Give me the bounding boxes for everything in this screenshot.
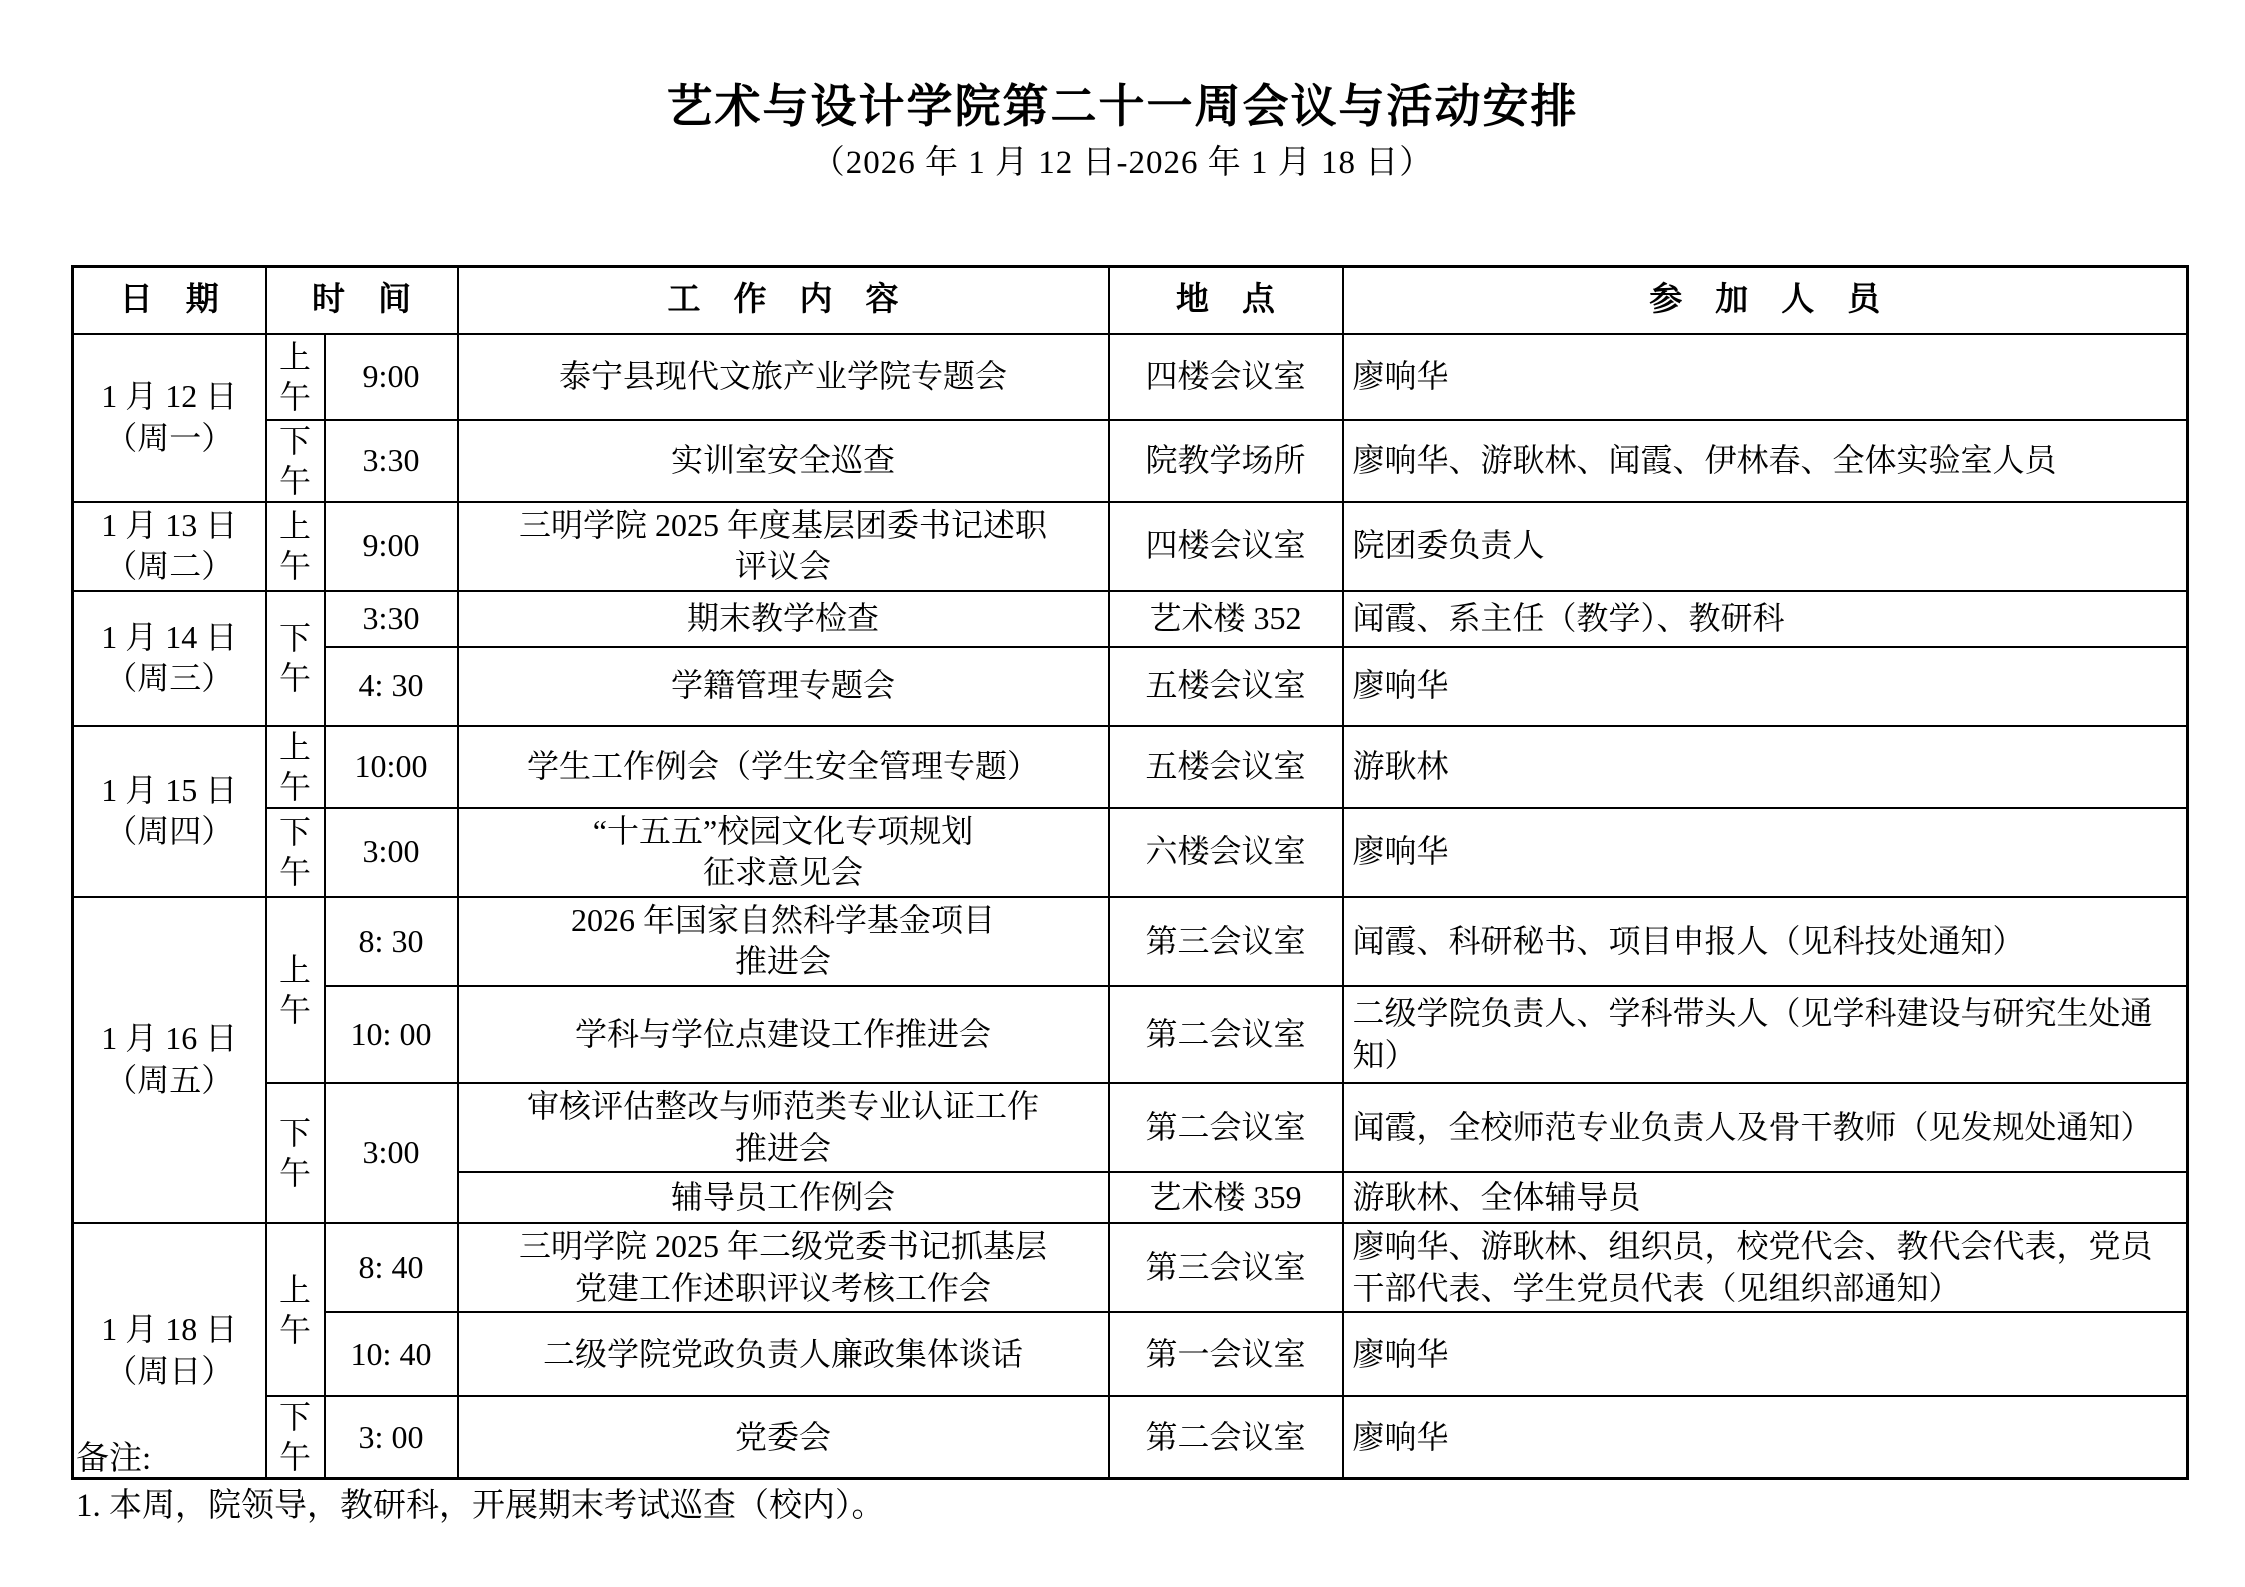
time-cell: 8: 30 — [325, 897, 458, 986]
content-cell: 审核评估整改与师范类专业认证工作 推进会 — [458, 1083, 1109, 1172]
schedule-table: 日 期 时 间 工 作 内 容 地 点 参 加 人 员 1 月 12 日 （周一… — [71, 265, 2189, 1480]
time-cell: 3:00 — [325, 808, 458, 897]
content-cell: 学生工作例会（学生安全管理专题） — [458, 726, 1109, 808]
location-cell: 第三会议室 — [1109, 1223, 1343, 1312]
table-row: 下午 3:00 审核评估整改与师范类专业认证工作 推进会 第二会议室 闻霞，全校… — [73, 1083, 2188, 1172]
content-cell: 三明学院 2025 年二级党委书记抓基层 党建工作述职评议考核工作会 — [458, 1223, 1109, 1312]
time-cell: 10: 00 — [325, 986, 458, 1083]
time-cell: 9:00 — [325, 502, 458, 591]
location-cell: 五楼会议室 — [1109, 647, 1343, 726]
header-location: 地 点 — [1109, 267, 1343, 334]
table-row: 1 月 13 日 （周二） 上午 9:00 三明学院 2025 年度基层团委书记… — [73, 502, 2188, 591]
participants-cell: 闻霞、系主任（教学）、教研科 — [1343, 591, 2188, 647]
participants-cell: 闻霞，全校师范专业负责人及骨干教师（见发规处通知） — [1343, 1083, 2188, 1172]
location-cell: 第二会议室 — [1109, 1396, 1343, 1479]
table-row: 1 月 16 日 （周五） 上午 8: 30 2026 年国家自然科学基金项目 … — [73, 897, 2188, 986]
time-cell: 3:30 — [325, 420, 458, 502]
table-row: 10: 00 学科与学位点建设工作推进会 第二会议室 二级学院负责人、学科带头人… — [73, 986, 2188, 1083]
participants-cell: 廖响华、游耿林、闻霞、伊林春、全体实验室人员 — [1343, 420, 2188, 502]
content-cell: 学籍管理专题会 — [458, 647, 1109, 726]
location-cell: 第二会议室 — [1109, 1083, 1343, 1172]
header-time: 时 间 — [266, 267, 458, 334]
time-cell: 3:00 — [325, 1083, 458, 1223]
time-cell: 3:30 — [325, 591, 458, 647]
time-cell: 10:00 — [325, 726, 458, 808]
time-cell: 9:00 — [325, 334, 458, 420]
content-cell: “十五五”校园文化专项规划 征求意见会 — [458, 808, 1109, 897]
ampm-cell: 上午 — [266, 726, 325, 808]
content-cell: 泰宁县现代文旅产业学院专题会 — [458, 334, 1109, 420]
date-cell: 1 月 12 日 （周一） — [73, 334, 266, 502]
participants-cell: 二级学院负责人、学科带头人（见学科建设与研究生处通知） — [1343, 986, 2188, 1083]
location-cell: 第二会议室 — [1109, 986, 1343, 1083]
date-cell: 1 月 16 日 （周五） — [73, 897, 266, 1223]
location-cell: 四楼会议室 — [1109, 334, 1343, 420]
date-cell: 1 月 15 日 （周四） — [73, 726, 266, 897]
time-cell: 8: 40 — [325, 1223, 458, 1312]
participants-cell: 闻霞、科研秘书、项目申报人（见科技处通知） — [1343, 897, 2188, 986]
location-cell: 院教学场所 — [1109, 420, 1343, 502]
location-cell: 艺术楼 352 — [1109, 591, 1343, 647]
date-cell: 1 月 14 日 （周三） — [73, 591, 266, 726]
header-content: 工 作 内 容 — [458, 267, 1109, 334]
table-row: 10: 40 二级学院党政负责人廉政集体谈话 第一会议室 廖响华 — [73, 1312, 2188, 1396]
ampm-cell: 下午 — [266, 420, 325, 502]
table-row: 4: 30 学籍管理专题会 五楼会议室 廖响华 — [73, 647, 2188, 726]
participants-cell: 廖响华 — [1343, 647, 2188, 726]
participants-cell: 廖响华 — [1343, 1312, 2188, 1396]
content-cell: 学科与学位点建设工作推进会 — [458, 986, 1109, 1083]
location-cell: 艺术楼 359 — [1109, 1172, 1343, 1223]
notes-section: 备注: 1. 本周，院领导，教研科，开展期末考试巡查（校内）。 — [76, 1436, 885, 1530]
ampm-cell: 下午 — [266, 808, 325, 897]
table-row: 下午 3:30 实训室安全巡查 院教学场所 廖响华、游耿林、闻霞、伊林春、全体实… — [73, 420, 2188, 502]
participants-cell: 游耿林 — [1343, 726, 2188, 808]
content-cell: 期末教学检查 — [458, 591, 1109, 647]
ampm-cell: 下午 — [266, 1083, 325, 1223]
location-cell: 四楼会议室 — [1109, 502, 1343, 591]
participants-cell: 廖响华 — [1343, 808, 2188, 897]
time-cell: 10: 40 — [325, 1312, 458, 1396]
location-cell: 六楼会议室 — [1109, 808, 1343, 897]
date-cell: 1 月 13 日 （周二） — [73, 502, 266, 591]
page-title: 艺术与设计学院第二十一周会议与活动安排 — [0, 70, 2245, 136]
location-cell: 五楼会议室 — [1109, 726, 1343, 808]
participants-cell: 廖响华、游耿林、组织员，校党代会、教代会代表，党员干部代表、学生党员代表（见组织… — [1343, 1223, 2188, 1312]
participants-cell: 游耿林、全体辅导员 — [1343, 1172, 2188, 1223]
content-cell: 二级学院党政负责人廉政集体谈话 — [458, 1312, 1109, 1396]
table-row: 下午 3:00 “十五五”校园文化专项规划 征求意见会 六楼会议室 廖响华 — [73, 808, 2188, 897]
content-cell: 2026 年国家自然科学基金项目 推进会 — [458, 897, 1109, 986]
table-row: 1 月 15 日 （周四） 上午 10:00 学生工作例会（学生安全管理专题） … — [73, 726, 2188, 808]
ampm-cell: 下午 — [266, 591, 325, 726]
notes-label: 备注: — [76, 1436, 885, 1483]
table-row: 1 月 12 日 （周一） 上午 9:00 泰宁县现代文旅产业学院专题会 四楼会… — [73, 334, 2188, 420]
table-row: 1 月 14 日 （周三） 下午 3:30 期末教学检查 艺术楼 352 闻霞、… — [73, 591, 2188, 647]
ampm-cell: 上午 — [266, 334, 325, 420]
note-line-1: 1. 本周，院领导，教研科，开展期末考试巡查（校内）。 — [76, 1483, 885, 1530]
participants-cell: 院团委负责人 — [1343, 502, 2188, 591]
ampm-cell: 上午 — [266, 502, 325, 591]
ampm-cell: 上午 — [266, 897, 325, 1083]
ampm-cell: 上午 — [266, 1223, 325, 1396]
location-cell: 第三会议室 — [1109, 897, 1343, 986]
location-cell: 第一会议室 — [1109, 1312, 1343, 1396]
table-header-row: 日 期 时 间 工 作 内 容 地 点 参 加 人 员 — [73, 267, 2188, 334]
page-subtitle: （2026 年 1 月 12 日-2026 年 1 月 18 日） — [0, 136, 2245, 183]
time-cell: 4: 30 — [325, 647, 458, 726]
content-cell: 三明学院 2025 年度基层团委书记述职 评议会 — [458, 502, 1109, 591]
header-participants: 参 加 人 员 — [1343, 267, 2188, 334]
content-cell: 实训室安全巡查 — [458, 420, 1109, 502]
participants-cell: 廖响华 — [1343, 334, 2188, 420]
header-date: 日 期 — [73, 267, 266, 334]
content-cell: 辅导员工作例会 — [458, 1172, 1109, 1223]
participants-cell: 廖响华 — [1343, 1396, 2188, 1479]
table-row: 1 月 18 日 （周日） 上午 8: 40 三明学院 2025 年二级党委书记… — [73, 1223, 2188, 1312]
